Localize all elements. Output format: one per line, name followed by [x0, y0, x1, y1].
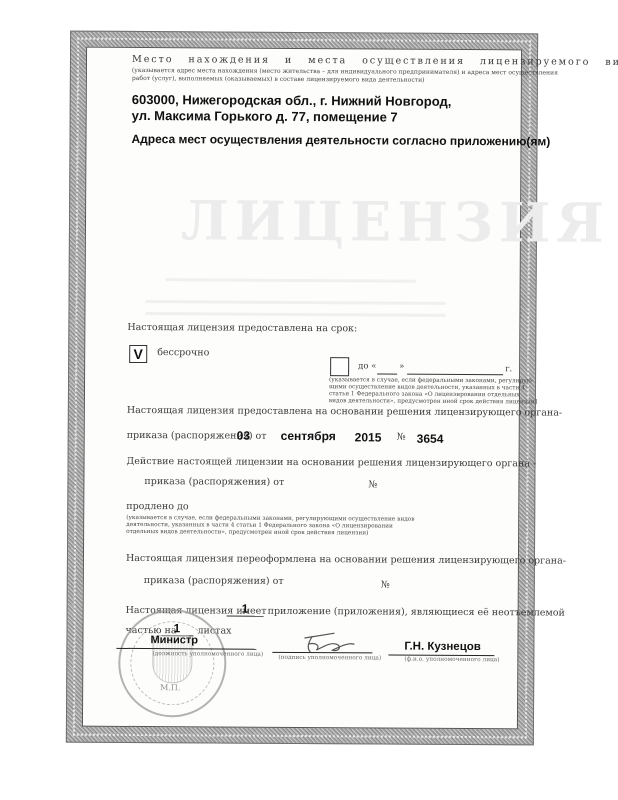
appendix-count: 1: [242, 602, 249, 616]
ghost-heading: ЛИЦЕНЗИЯ: [181, 188, 610, 255]
reissued-number-sign: №: [381, 579, 390, 590]
activity-addresses: Адреса мест осуществления деятельности с…: [131, 132, 550, 149]
reissued-label: Настоящая лицензия переоформлена на осно…: [126, 553, 566, 567]
granted-year: 2015: [355, 430, 382, 444]
appendix-count-line: [227, 616, 264, 617]
unlimited-checkbox[interactable]: V: [129, 345, 147, 363]
signatory-position: Министр: [150, 634, 198, 646]
address-line-2: ул. Максима Горького д. 77, помещение 7: [132, 108, 398, 125]
term-label: Настоящая лицензия предоставлена на срок…: [127, 322, 357, 334]
ghost-line: [146, 300, 446, 305]
granted-month: сентября: [281, 429, 336, 443]
official-seal: М.П.: [118, 609, 227, 718]
extended-number-sign: №: [368, 479, 377, 490]
license-sheet: ЛИЦЕНЗИЯ Место нахождения и места осущес…: [66, 31, 538, 746]
location-note-2: работ (услуг), выполняемых (оказываемых)…: [132, 75, 425, 84]
signature-caption: (подпись уполномоченного лица): [278, 655, 381, 663]
ghost-line: [166, 278, 416, 283]
reissued-order-label: приказа (распоряжения) от: [144, 575, 284, 587]
granted-number: 3654: [417, 432, 444, 446]
address-line-1: 603000, Нижегородская обл., г. Нижний Но…: [132, 92, 452, 109]
seal-label: М.П.: [160, 683, 180, 692]
ghost-line: [145, 312, 445, 317]
granted-day: 03: [237, 429, 250, 443]
until-label: до «: [358, 361, 376, 371]
name-caption: (ф.и.о. уполномоченного лица): [404, 657, 499, 665]
until-quote: »: [399, 362, 404, 372]
appendix-middle: приложение (приложения), являющиеся её н…: [268, 606, 565, 619]
extended-note-3: отдельных видов деятельности», предусмот…: [126, 529, 368, 538]
until-checkbox[interactable]: [330, 357, 349, 376]
extended-label: Действие настоящей лицензии на основании…: [127, 456, 537, 470]
extended-order-label: приказа (распоряжения) от: [144, 476, 284, 488]
until-day-line: [377, 373, 397, 374]
signatory-name: Г.Н. Кузнецов: [404, 641, 481, 653]
until-date-line: [407, 374, 503, 376]
granted-number-sign: №: [397, 432, 406, 443]
unlimited-label: бессрочно: [157, 347, 209, 358]
position-caption: (должность уполномоченного лица): [152, 651, 263, 659]
granted-label: Настоящая лицензия предоставлена на осно…: [127, 405, 562, 419]
until-year-suffix: г.: [505, 364, 512, 374]
extended-until-label: продлено до: [126, 501, 188, 512]
